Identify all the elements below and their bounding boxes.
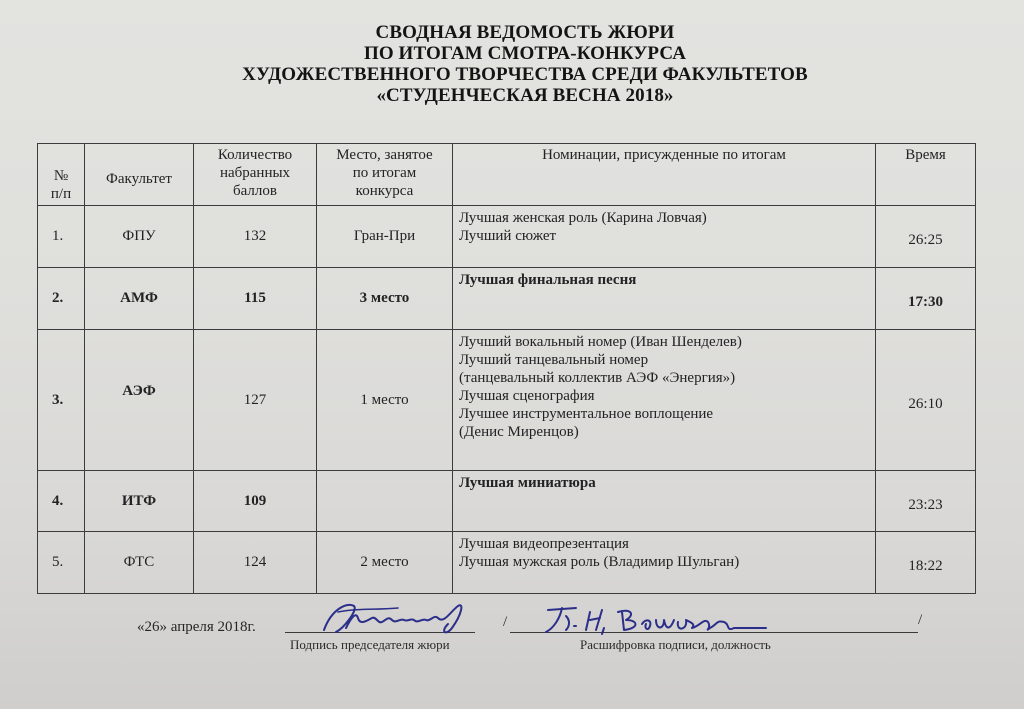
header-place-line-3: конкурса [356,183,414,199]
nomination-item: Лучшая финальная песня [459,271,869,289]
nomination-item: Лучшая сценография [459,387,869,405]
handwritten-decoding [540,602,770,638]
table-row: 2. АМФ 115 3 место Лучшая финальная песн… [38,268,976,330]
title-line-1: СВОДНАЯ ВЕДОМОСТЬ ЖЮРИ [0,22,1024,43]
cell-num: 3. [38,330,85,471]
table-row: 3. АЭФ 127 1 место Лучший вокальный номе… [38,330,976,471]
cell-num: 5. [38,532,85,594]
faculty-name: АЭФ [122,383,156,399]
header-nominations: Номинации, присужденные по итогам [453,144,876,206]
results-table: № п/п Факультет Количество набранных бал… [37,143,976,594]
header-place-line-1: Место, занятое [336,147,432,163]
cell-faculty: ФТС [85,532,194,594]
nomination-item: Лучшая видеопрезентация [459,535,869,553]
cell-time: 18:22 [876,532,976,594]
cell-faculty: АЭФ [85,330,194,471]
document-title: СВОДНАЯ ВЕДОМОСТЬ ЖЮРИ ПО ИТОГАМ СМОТРА-… [0,22,1024,106]
cell-points: 127 [194,330,317,471]
cell-nominations: Лучшая видеопрезентация Лучшая мужская р… [453,532,876,594]
cell-place: 3 место [317,268,453,330]
header-num: № п/п [38,144,85,206]
cell-nominations: Лучший вокальный номер (Иван Шенделев) Л… [453,330,876,471]
header-points: Количество набранных баллов [194,144,317,206]
cell-num: 1. [38,206,85,268]
cell-faculty: ФПУ [85,206,194,268]
document-date: «26» апреля 2018г. [137,619,256,636]
nomination-item: Лучший вокальный номер (Иван Шенделев) [459,333,869,351]
header-num-line-1: № [54,168,68,184]
nomination-item: Лучший сюжет [459,227,869,245]
table-row: 5. ФТС 124 2 место Лучшая видеопрезентац… [38,532,976,594]
cell-points: 132 [194,206,317,268]
cell-nominations: Лучшая миниатюра [453,471,876,532]
separator-right: / [918,612,922,629]
cell-place: Гран-При [317,206,453,268]
title-line-3: ХУДОЖЕСТВЕННОГО ТВОРЧЕСТВА СРЕДИ ФАКУЛЬТ… [0,64,1024,85]
cell-num: 2. [38,268,85,330]
header-points-line-3: баллов [233,183,277,199]
cell-nominations: Лучшая финальная песня [453,268,876,330]
cell-time: 26:25 [876,206,976,268]
nomination-item: (танцевальный коллектив АЭФ «Энергия») [459,369,869,387]
nomination-item: Лучшая женская роль (Карина Ловчая) [459,209,869,227]
nomination-item: Лучшее инструментальное воплощение [459,405,869,423]
separator-left: / [503,614,507,631]
cell-time: 23:23 [876,471,976,532]
header-points-line-2: набранных [220,165,290,181]
nomination-item: Лучший танцевальный номер [459,351,869,369]
cell-place: 2 место [317,532,453,594]
nomination-item: (Денис Миренцов) [459,423,869,441]
cell-place [317,471,453,532]
document-sheet: СВОДНАЯ ВЕДОМОСТЬ ЖЮРИ ПО ИТОГАМ СМОТРА-… [0,0,1024,709]
nomination-item: Лучшая мужская роль (Владимир Шульган) [459,553,869,571]
header-points-line-1: Количество [218,147,292,163]
cell-faculty: ИТФ [85,471,194,532]
table-row: 1. ФПУ 132 Гран-При Лучшая женская роль … [38,206,976,268]
table-row: 4. ИТФ 109 Лучшая миниатюра 23:23 [38,471,976,532]
cell-faculty: АМФ [85,268,194,330]
header-time: Время [876,144,976,206]
header-place-line-2: по итогам [353,165,416,181]
header-faculty: Факультет [85,144,194,206]
nomination-item: Лучшая миниатюра [459,474,869,492]
cell-time: 17:30 [876,268,976,330]
chair-signature-handwriting [318,598,478,640]
cell-nominations: Лучшая женская роль (Карина Ловчая) Лучш… [453,206,876,268]
cell-time: 26:10 [876,330,976,471]
table-header-row: № п/п Факультет Количество набранных бал… [38,144,976,206]
header-place: Место, занятое по итогам конкурса [317,144,453,206]
cell-points: 124 [194,532,317,594]
title-line-2: ПО ИТОГАМ СМОТРА-КОНКУРСА [0,43,1024,64]
cell-points: 115 [194,268,317,330]
cell-points: 109 [194,471,317,532]
header-num-line-2: п/п [51,186,71,202]
cell-place: 1 место [317,330,453,471]
title-line-4: «СТУДЕНЧЕСКАЯ ВЕСНА 2018» [0,85,1024,106]
cell-num: 4. [38,471,85,532]
decoding-caption: Расшифровка подписи, должность [580,637,771,653]
